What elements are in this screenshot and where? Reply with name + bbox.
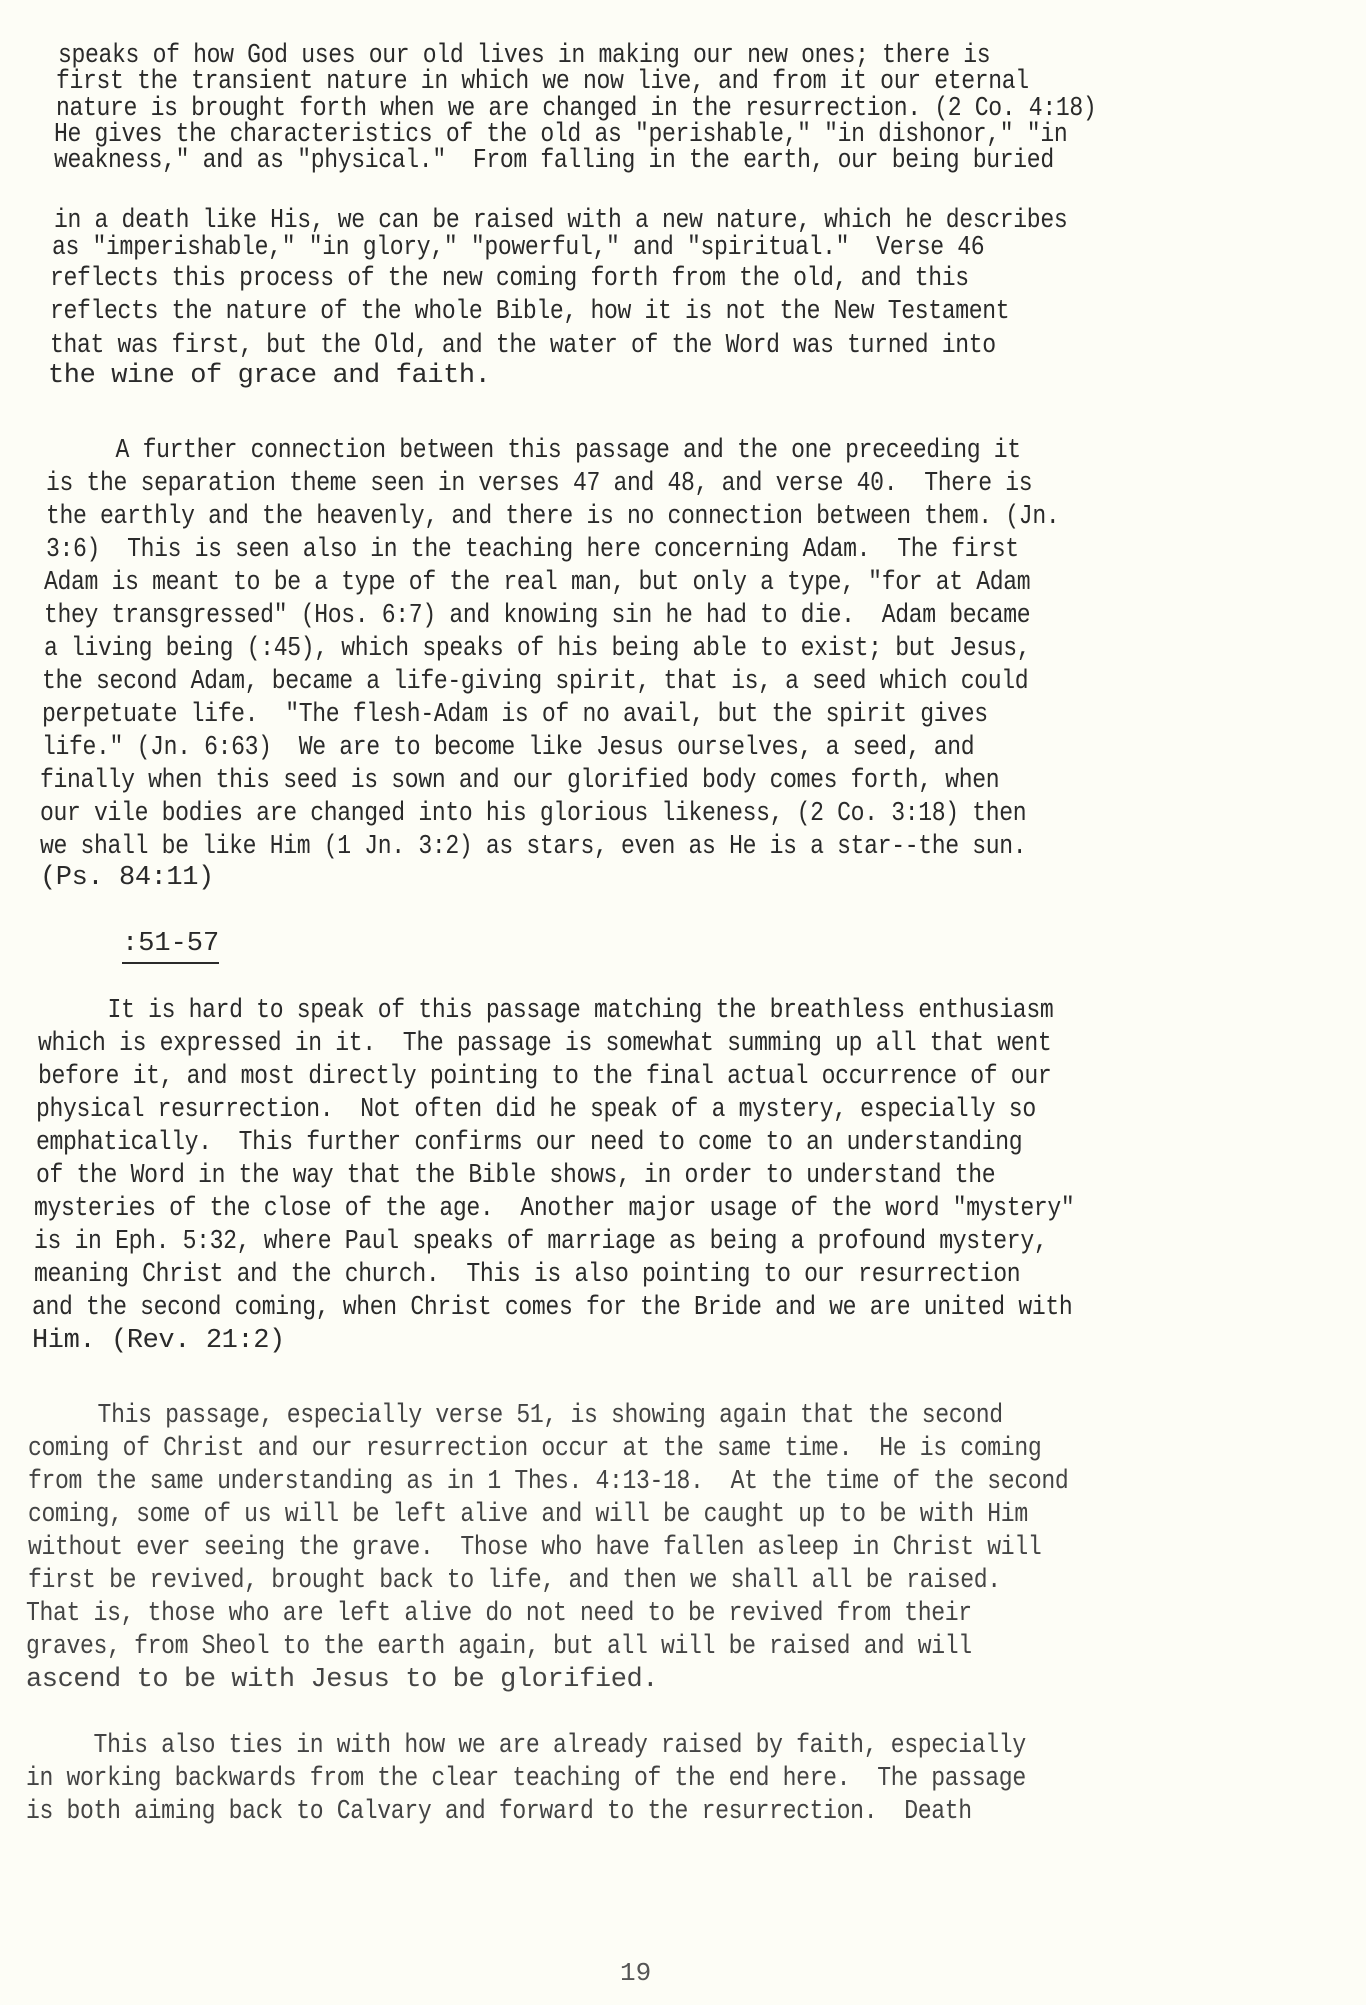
text-line: finally when this seed is sown and our g… [40,765,999,797]
document-page: speaks of how God uses our old lives in … [0,0,1366,2005]
text-line: as "imperishable," "in glory," "powerful… [52,232,984,264]
text-line: first be revived, brought back to life, … [28,1565,1001,1597]
text-line: without ever seeing the grave. Those who… [28,1532,1041,1564]
text-line: reflects the nature of the whole Bible, … [50,296,1009,328]
text-line: This also ties in with how we are alread… [26,1730,1026,1762]
text-line: is in Eph. 5:32, where Paul speaks of ma… [34,1226,1047,1258]
text-line: coming of Christ and our resurrection oc… [28,1433,1041,1465]
text-line: mysteries of the close of the age. Anoth… [34,1193,1074,1225]
text-line: in working backwards from the clear teac… [26,1763,1026,1795]
text-line: the earthly and the heavenly, and there … [46,501,1059,533]
text-line: Him. (Rev. 21:2) [32,1325,285,1357]
text-line: This passage, especially verse 51, is sh… [30,1400,1003,1432]
text-line: A further connection between this passag… [48,435,1021,467]
text-line: It is hard to speak of this passage matc… [40,995,1053,1027]
text-line: coming, some of us will be left alive an… [28,1499,1028,1531]
text-line: (Ps. 84:11) [40,862,214,894]
text-line: the wine of grace and faith. [48,360,490,392]
text-line: before it, and most directly pointing to… [38,1061,1051,1093]
text-line: life." (Jn. 6:63) We are to become like … [42,732,974,764]
text-line: 3:6) This is seen also in the teaching h… [46,534,1019,566]
text-line: and the second coming, when Christ comes… [32,1292,1072,1324]
text-line: ascend to be with Jesus to be glorified. [26,1664,658,1696]
text-line: That is, those who are left alive do not… [26,1598,972,1630]
text-line: a living being (:45), which speaks of hi… [44,633,1030,665]
text-line: the second Adam, became a life-giving sp… [42,666,1028,698]
text-line: they transgressed" (Hos. 6:7) and knowin… [44,600,1030,632]
text-line: meaning Christ and the church. This is a… [34,1259,1020,1291]
text-line: weakness," and as "physical." From falli… [54,145,1054,177]
text-line: that was first, but the Old, and the wat… [50,330,996,362]
text-line: graves, from Sheol to the earth again, b… [26,1631,972,1663]
text-line: emphatically. This further confirms our … [36,1127,1022,1159]
text-line: our vile bodies are changed into his glo… [40,798,1026,830]
text-line: of the Word in the way that the Bible sh… [36,1160,995,1192]
text-line: physical resurrection. Not often did he … [36,1094,1036,1126]
text-line: which is expressed in it. The passage is… [38,1028,1051,1060]
section-heading: :51-57 [122,928,219,964]
text-line: is the separation theme seen in verses 4… [46,468,1032,500]
text-line: Adam is meant to be a type of the real m… [44,567,1030,599]
page-number: 19 [620,1958,651,1988]
text-line: reflects this process of the new coming … [50,263,969,295]
text-line: is both aiming back to Calvary and forwa… [26,1796,972,1828]
text-line: from the same understanding as in 1 Thes… [28,1466,1068,1498]
text-line: we shall be like Him (1 Jn. 3:2) as star… [40,831,1026,863]
text-line: perpetuate life. "The flesh-Adam is of n… [42,699,988,731]
